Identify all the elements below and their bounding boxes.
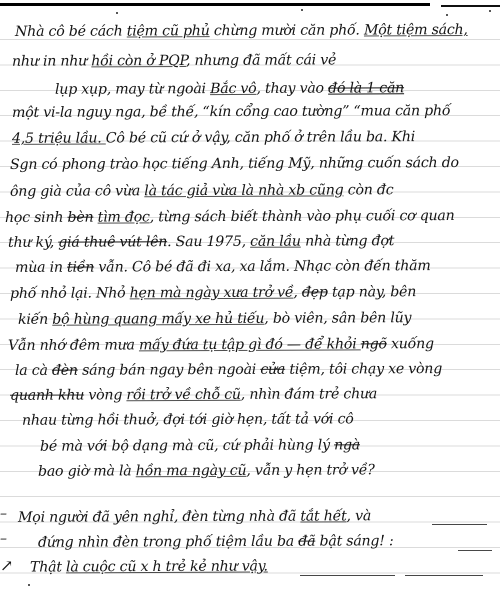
handwriting-segment: Cô bé cũ cứ ở vậy, căn phố ở trên lầu ba… — [106, 129, 415, 146]
handwritten-line: bé mà với bộ dạng mà cũ, cứ phải hùng lý… — [40, 436, 360, 456]
handwriting-segment: nhau từng hồi thuở, đợi tới giờ hẹn, tất… — [22, 411, 354, 428]
handwritten-line: 4,5 triệu lầu. Cô bé cũ cứ ở vậy, căn ph… — [12, 128, 415, 149]
handwriting-segment: 4,5 triệu lầu. — [12, 130, 106, 146]
handwritten-line: ông già của cô vừa là tác giả vừa là nhà… — [10, 181, 394, 202]
handwriting-segment: chừng mười căn phố. — [210, 22, 364, 39]
handwriting-segment: một vi-la nguy nga, bề thế, “kín cổng ca… — [12, 103, 450, 121]
handwriting-segment: như in như — [12, 53, 91, 69]
handwriting-segment: còn đc — [343, 182, 393, 198]
handwriting-segment: , — [293, 285, 302, 301]
margin-arrow-icon: ↗ — [0, 556, 13, 575]
handwriting-segment: đèn — [52, 363, 78, 379]
handwriting-segment: Một tiệm sách, — [364, 22, 468, 38]
handwritten-line: Nhà cô bé cách tiệm cũ phủ chừng mười că… — [15, 21, 468, 42]
handwriting-segment: đẹp — [302, 284, 328, 300]
handwritten-line: lụp xụp, may từ ngoài Bắc vô, thay vào đ… — [55, 79, 404, 100]
handwriting-segment: nhà từng đợt — [301, 233, 394, 249]
handwriting-segment: là tác giả vừa là nhà xb cũng — [144, 182, 343, 199]
handwriting-segment: , vẫn y hẹn trở về? — [246, 462, 374, 479]
handwriting-segment: kiến — [18, 312, 52, 328]
pen-stroke — [432, 524, 487, 525]
handwriting-segment: hồi còn ở PQP — [91, 53, 186, 69]
handwriting-segment: bé mà với bộ dạng mà cũ, cứ phải hùng lý — [40, 437, 334, 454]
handwritten-line: bao giờ mà là hồn ma ngày cũ, vẫn y hẹn … — [38, 461, 375, 481]
handwriting-segment: đứng nhìn đèn trong phố tiệm lầu ba — [38, 534, 298, 551]
handwritten-line: Thật là cuộc cũ x h trẻ kẻ như vậy. — [30, 557, 268, 577]
handwriting-segment: , nhìn đám trẻ chưa — [241, 386, 377, 403]
ink-speck — [116, 12, 118, 14]
handwriting-segment: Vẫn nhớ đêm mưa — [8, 337, 139, 354]
handwriting-segment: vẫn. Cô bé đã đi xa, xa lắm. Nhạc còn đế… — [94, 258, 431, 275]
handwriting-segment: bật sáng! : — [315, 533, 393, 549]
pen-stroke — [458, 550, 492, 551]
handwriting-segment: tiệm cũ phủ — [127, 23, 210, 39]
margin-dash: – — [0, 506, 7, 522]
handwriting-segment: phố nhỏ lại. Nhỏ — [10, 285, 130, 302]
handwritten-line: quanh khu vòng rồi trở về chỗ cũ, nhìn đ… — [10, 385, 377, 406]
handwriting-segment: mấy đứa tụ tập gì đó — để khỏi — [139, 336, 361, 353]
handwriting-segment: tắt hết — [300, 508, 346, 524]
paper-background: Nhà cô bé cách tiệm cũ phủ chừng mười că… — [0, 0, 500, 593]
ink-speck — [446, 14, 448, 16]
handwriting-segment: rồi trở về chỗ cũ — [126, 387, 240, 403]
pen-stroke — [300, 575, 395, 576]
handwritten-line: phố nhỏ lại. Nhỏ hẹn mà ngày xưa trở về,… — [10, 283, 416, 304]
handwriting-segment: hồn ma ngày cũ — [136, 463, 247, 479]
handwritten-line: như in như hồi còn ở PQP, nhưng đã mất c… — [12, 51, 336, 71]
handwriting-segment: tiệm, tôi chạy xe vòng — [285, 361, 442, 378]
handwriting-segment: học sinh — [5, 210, 68, 226]
handwriting-segment: quanh khu — [10, 387, 84, 403]
handwriting-segment: lụp xụp, may từ ngoài — [55, 81, 210, 98]
handwriting-segment: xuống — [387, 336, 434, 352]
handwriting-segment: ngõ — [361, 336, 387, 352]
handwriting-segment: Bắc vô — [210, 81, 256, 97]
handwriting-segment: Nhà cô bé cách — [15, 23, 127, 39]
handwriting-segment: tạp này, bên — [328, 284, 416, 300]
handwriting-segment: là cuộc cũ x h trẻ kẻ như vậy. — [66, 558, 268, 575]
handwriting-segment: tiền — [67, 260, 94, 276]
handwriting-segment: , từng sách biết thành vào phụ cuối cơ q… — [150, 208, 455, 225]
handwriting-segment: bao giờ mà là — [38, 463, 136, 479]
handwritten-line: kiến bộ hùng quang mấy xe hủ tiếu, bò vi… — [18, 309, 411, 330]
handwriting-segment: đó là 1 căn — [328, 80, 404, 96]
top-rule-line-segment — [441, 5, 500, 7]
handwritten-line: Sgn có phong trào học tiếng Anh, tiếng M… — [10, 154, 459, 175]
handwritten-line: Vẫn nhớ đêm mưa mấy đứa tụ tập gì đó — đ… — [8, 335, 434, 356]
handwriting-segment: mùa in — [15, 260, 67, 276]
handwritten-line: đứng nhìn đèn trong phố tiệm lầu ba đã b… — [38, 532, 394, 553]
handwriting-segment: giá thuê vút lên — [58, 234, 167, 250]
handwriting-segment: hẹn mà ngày xưa trở về — [130, 285, 294, 302]
handwriting-segment: Thật — [30, 559, 66, 575]
handwriting-segment: ngà — [334, 437, 360, 453]
handwriting-segment: tìm đọc — [98, 209, 150, 225]
handwriting-segment: , bò viên, sân bên lũy — [264, 310, 411, 327]
ink-speck — [301, 9, 303, 11]
handwriting-segment: , thay vào — [256, 81, 328, 97]
handwritten-line: thư ký, giá thuê vút lên. Sau 1975, căn … — [8, 232, 394, 253]
handwriting-segment: , và — [346, 508, 371, 524]
handwriting-segment: đã — [298, 534, 315, 550]
pen-stroke — [405, 575, 483, 576]
handwriting-segment: vòng — [84, 387, 126, 403]
handwriting-segment: bộ hùng quang mấy xe hủ tiếu — [52, 311, 264, 328]
handwriting-segment: Mọi người đã yên nghỉ, đèn từng nhà đã — [18, 509, 300, 526]
ink-speck — [489, 10, 491, 12]
handwriting-segment: sáng bán ngay bên ngoài — [78, 362, 261, 379]
handwriting-segment: thư ký, — [8, 235, 58, 251]
handwritten-line: la cà đèn sáng bán ngay bên ngoài cửa ti… — [15, 360, 442, 381]
ink-speck — [28, 584, 30, 586]
handwritten-line: mùa in tiền vẫn. Cô bé đã đi xa, xa lắm.… — [15, 257, 431, 278]
handwriting-segment: , nhưng đã mất cái vẻ — [186, 52, 336, 69]
handwritten-line: nhau từng hồi thuở, đợi tới giờ hẹn, tất… — [22, 410, 354, 430]
handwriting-segment: la cà — [15, 363, 52, 379]
handwritten-line: một vi-la nguy nga, bề thế, “kín cổng ca… — [12, 102, 450, 123]
top-rule-line — [0, 3, 430, 6]
margin-dash: – — [0, 531, 7, 547]
handwriting-segment: bèn — [67, 210, 93, 226]
handwriting-segment: căn lầu — [250, 234, 301, 250]
handwriting-segment: . Sau 1975, — [167, 234, 250, 250]
handwritten-line: Mọi người đã yên nghỉ, đèn từng nhà đã t… — [18, 507, 371, 528]
handwritten-line: học sinh bèn tìm đọc, từng sách biết thà… — [5, 207, 455, 228]
handwriting-segment: Sgn có phong trào học tiếng Anh, tiếng M… — [10, 155, 459, 173]
handwriting-segment: cửa — [260, 362, 285, 378]
handwriting-segment: ông già của cô vừa — [10, 183, 144, 200]
